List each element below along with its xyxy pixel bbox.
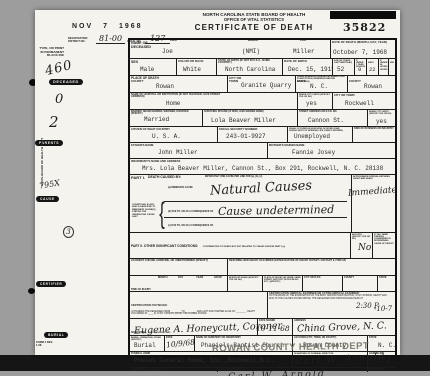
row-part1: PART I. DEATH CAUSED BY: ENTER ONLY ONE … xyxy=(130,174,395,232)
mother-label: MOTHER'S MAIDEN NAME xyxy=(269,144,394,147)
cell-burial-date: DATE 10/9/68 xyxy=(164,336,194,351)
death-city-value: Granite Quarry xyxy=(241,82,291,89)
age-days-label: DAYS xyxy=(368,62,377,64)
death-county-value: Rowan xyxy=(156,83,174,90)
citizen-label: CITIZEN OF WHAT COUNTRY xyxy=(131,128,216,131)
part1-sublabel: DEATH CAUSED BY: xyxy=(148,176,181,180)
cell-date-signed: DATE SIGNED 10-11-68 xyxy=(257,319,292,335)
injury-work-label: INJURY AT WORK (SPECIFY YES OR NO) xyxy=(229,277,261,282)
injury-city-label: CITY OR R.F.D. xyxy=(304,277,341,280)
pronounced-dead-date: -10-7 xyxy=(374,305,392,313)
cause-line-a xyxy=(164,201,347,202)
name-col-last-label: LAST xyxy=(300,40,307,43)
date-of-death-label: DATE OF DEATH (MONTH, DAY, YEAR) xyxy=(332,41,394,44)
cell-injury-state: STATE xyxy=(377,276,395,291)
interval-value: Immediate xyxy=(348,185,397,198)
injury-county-label: COUNTY xyxy=(344,277,376,280)
cell-ssn: SOCIAL SECURITY NUMBER 243-01-9927 xyxy=(217,127,287,142)
row-certification: CERTIFICATION: PHYSICIAN: I ATTENDED THE… xyxy=(130,291,395,318)
name-label: NAME OF DECEASED xyxy=(131,41,155,49)
occupation-value: Unemployed xyxy=(294,133,330,140)
state-of-birth-value: North Carolina xyxy=(225,66,275,73)
date-received-label: DATE REC'D BY LOCAL REG. xyxy=(131,369,216,371)
name-col-first-label: FIRST xyxy=(170,40,178,43)
part2-label: PART II. OTHER SIGNIFICANT CONDITIONS: xyxy=(131,244,198,248)
date-of-birth-label: DATE OF BIRTH xyxy=(284,60,331,63)
findings-label: IF YES, WERE FINDINGS CONSIDERED IN DETE… xyxy=(374,234,394,245)
part1-label: PART I. xyxy=(131,176,145,181)
certifier-stamp: CERTIFIER xyxy=(36,281,66,287)
row-name: NAME OF DECEASED FIRST MIDDLE LAST Joe (… xyxy=(130,40,395,58)
cause-line-b xyxy=(164,217,347,218)
burial-value: Burial xyxy=(134,342,156,349)
cell-registrar-signature: SIGNATURE OF REGISTRAR Carl W. Arnold xyxy=(217,368,367,372)
cell-res-city: CITY OR TOWN Rockwell xyxy=(332,93,395,109)
cell-informant: INFORMANT'S NAME AND ADDRESS Mrs. Lola B… xyxy=(130,159,395,174)
mother-value: Fannie Josey xyxy=(292,149,335,156)
office-name: OFFICE OF VITAL STATISTICS xyxy=(173,17,335,22)
cell-age-months: IF UNDER 1 YEAR MONTHS 9 xyxy=(354,59,366,75)
cemetery-state-value: N. C. xyxy=(378,342,395,349)
res-state-value: N. C. xyxy=(310,83,328,90)
injury-state-label: STATE xyxy=(379,277,394,280)
row-place-of-death: PLACE OF DEATH COUNTY Rowan CITY OR TOWN… xyxy=(130,75,395,92)
funeral-license-value: 771 xyxy=(376,356,391,365)
cell-age-min: MIN. xyxy=(388,59,395,75)
spouse-label: SURVIVING SPOUSE (IF WIFE, GIVE MAIDEN N… xyxy=(204,111,296,114)
redaction-bar xyxy=(330,11,396,19)
cell-other-conditions: PART II. OTHER SIGNIFICANT CONDITIONS: C… xyxy=(130,233,350,258)
inside-city-2-label: INSIDE CITY LIMITS (SPECIFY YES OR NO) xyxy=(369,111,394,116)
street-label: STREET ADDRESS OR R.F.D. NO. xyxy=(299,111,366,114)
injury-month-label: MONTH xyxy=(158,277,168,280)
age-label: AGE (IN YEARS LAST BIRTHDAY) xyxy=(334,60,354,65)
institution-value: Home xyxy=(166,100,180,107)
margin-handwritten-2: 2 xyxy=(49,113,59,131)
cell-injury-county: COUNTY xyxy=(342,276,377,291)
cell-res-county: COUNTY Rowan xyxy=(347,76,395,92)
cell-registrar-license: LICENSE NO. 294 xyxy=(367,368,395,372)
row-accident: ACCIDENT, SUICIDE, HOMICIDE, OR UNDETERM… xyxy=(130,258,395,275)
address-value: China Grove, N. C. xyxy=(297,320,387,334)
cell-inside-city-1: INSIDE CITY LIMITS (SPECIFY YES OR NO) y… xyxy=(297,93,332,109)
cell-race: COLOR OR RACE White xyxy=(176,59,216,75)
cell-occupation: USUAL OCCUPATION (GIVE KIND OF WORK DONE… xyxy=(287,127,352,142)
autopsy-value: No xyxy=(358,243,371,253)
funeral-license-label: LICENSE NO. xyxy=(369,353,394,356)
brace-glyph: { xyxy=(159,199,165,229)
cell-age: AGE (IN YEARS LAST BIRTHDAY) 52 xyxy=(332,59,354,75)
cell-sex: SEX Male xyxy=(130,59,176,75)
injury-day-label: DAY xyxy=(178,277,183,280)
row-personal: SEX Male COLOR OR RACE White STATE OF BI… xyxy=(130,58,395,75)
age-hours-label: HOURS xyxy=(380,69,387,71)
cell-injury-city: CITY OR R.F.D. xyxy=(302,276,342,291)
spouse-value: Lola Beaver Miller xyxy=(211,117,276,124)
informant-label: INFORMANT'S NAME AND ADDRESS xyxy=(131,160,394,163)
cell-certifier-signature: SIGNATURE (DEGREE OR TITLE) Eugene A. Ho… xyxy=(130,319,257,335)
inside-city-1-value: yes xyxy=(306,100,317,107)
row-parents: FATHER'S NAME John Miller MOTHER'S MAIDE… xyxy=(130,142,395,158)
date-of-death-value: October 7, 1968 xyxy=(333,49,387,56)
cell-injury-at-work: INJURY AT WORK (SPECIFY YES OR NO) xyxy=(227,276,262,291)
age-days-value: 22 xyxy=(369,66,376,73)
res-city-label: CITY OR TOWN xyxy=(334,94,394,97)
sex-value: Male xyxy=(140,66,154,73)
cell-cause-of-death: PART I. DEATH CAUSED BY: ENTER ONLY ONE … xyxy=(130,175,351,232)
cell-funeral-director-signature: SIGNATURE OF FUNERAL DIRECTOR Carl W. Ar… xyxy=(292,352,367,367)
autopsy-label: AUTOPSY (SPECIFY YES OR NO) xyxy=(352,234,371,241)
cell-institution: NAME OF HOSPITAL OR INSTITUTION (IF NOT … xyxy=(130,93,297,109)
margin-handwritten-3: 3 xyxy=(63,226,74,238)
cause-stamp: CAUSE xyxy=(36,196,59,202)
cell-res-state: USUAL RESIDENCE (WHERE DECEASED LIVED. I… xyxy=(295,76,347,92)
cell-funeral-home: FUNERAL HOME Powles Funeral Home, Inc.,R… xyxy=(130,352,292,367)
row-informant: INFORMANT'S NAME AND ADDRESS Mrs. Lola B… xyxy=(130,158,395,174)
cell-date-of-death: DATE OF DEATH (MONTH, DAY, YEAR) October… xyxy=(330,40,395,58)
cell-date-of-birth: DATE OF BIRTH Dec. 15, 1915 xyxy=(282,59,332,75)
cell-state-of-birth: STATE OF BIRTH (IF NOT IN U.S.A., NAME C… xyxy=(216,59,282,75)
received-date-stamp: NOV 7 1968 xyxy=(72,23,143,30)
cemetery-label: NAME OF CEMETERY OR CREMATORY xyxy=(196,337,291,340)
injury-year-label: YEAR xyxy=(196,277,203,280)
certificate-number: 35822 xyxy=(343,21,386,34)
due-to-b-label: (b) DUE TO, OR AS A CONSEQUENCE OF xyxy=(168,211,213,214)
res-city-value: Rockwell xyxy=(345,100,374,107)
street-value: Cannon St. xyxy=(308,117,344,124)
certificate-page: NOV 7 1968 REGISTRATION DISTRICT NO. 81-… xyxy=(35,10,400,355)
cell-medical-examiner-certification: CERTIFICATION: MEDICAL EXAMINER OR ACTIN… xyxy=(267,292,395,318)
injury-desc-label: DESCRIBE HOW INJURY OCCURRED (ENTER NATU… xyxy=(229,260,394,263)
cell-interval: APPROXIMATE INTERVAL BETWEEN ONSET AND D… xyxy=(351,175,395,232)
cell-mother: MOTHER'S MAIDEN NAME Fannie Josey xyxy=(267,143,395,158)
cell-name-of-deceased: NAME OF DECEASED FIRST MIDDLE LAST Joe (… xyxy=(130,40,330,58)
cell-findings: IF YES, WERE FINDINGS CONSIDERED IN DETE… xyxy=(372,233,395,258)
cell-street: STREET ADDRESS OR R.F.D. NO. Cannon St. xyxy=(297,110,367,126)
cell-death-city: CITY OR TOWN Granite Quarry xyxy=(227,76,295,92)
industry-label: KIND OF BUSINESS OR INDUSTRY xyxy=(354,128,394,131)
margin-handwritten-0: 0 xyxy=(55,92,63,107)
cell-father: FATHER'S NAME John Miller xyxy=(130,143,267,158)
due-to-c-label: (c) DUE TO, OR AS A CONSEQUENCE OF xyxy=(168,225,213,228)
age-months-value: 9 xyxy=(358,66,361,73)
name-middle-value: (NMI) xyxy=(242,48,260,55)
cemetery-state-label: STATE xyxy=(369,337,394,340)
injury-place-label: PLACE OF INJURY (AT HOME, FARM, STREET, … xyxy=(264,277,301,284)
row-injury-details: TIME OF INJURY MONTH DAY YEAR HOUR INJUR… xyxy=(130,275,395,291)
header-block: NORTH CAROLINA STATE BOARD OF HEALTH OFF… xyxy=(173,12,335,32)
res-county-value: Rowan xyxy=(364,83,382,90)
name-first-value: Joe xyxy=(162,48,173,55)
inside-city-2-value: yes xyxy=(376,118,387,125)
burial-date-value: 10/9/68 xyxy=(166,338,196,350)
ssn-label: SOCIAL SECURITY NUMBER xyxy=(219,128,286,131)
marital-value: Married xyxy=(144,116,169,123)
margin-handwritten-460: 460 xyxy=(44,58,75,79)
date-signed-label: DATE SIGNED xyxy=(259,320,291,323)
me-cert-text: ON THE BASIS OF THE EXAMINATION OF THE B… xyxy=(269,295,389,300)
cell-age-hours: IF UNDER 24 HOURS HOURS xyxy=(378,59,388,75)
cell-injury-place: PLACE OF INJURY (AT HOME, FARM, STREET, … xyxy=(262,276,302,291)
cell-injury-description: DESCRIBE HOW INJURY OCCURRED (ENTER NATU… xyxy=(227,259,395,275)
ssn-value: 243-01-9927 xyxy=(226,133,266,140)
interval-label: APPROXIMATE INTERVAL BETWEEN ONSET AND D… xyxy=(353,176,393,181)
physician-cert-text: I ATTENDED THE DECEASED FROM ________ TO… xyxy=(131,311,266,316)
immediate-cause-value: Natural Causes xyxy=(210,178,313,198)
print-instruction-note: TYPE, OR PRINT IN PERMANENT BLACK INK xyxy=(37,47,64,58)
registration-district-label: REGISTRATION DISTRICT NO. xyxy=(68,38,94,44)
immediate-cause-label: (a) IMMEDIATE CAUSE xyxy=(168,187,193,190)
age-min-label: MIN. xyxy=(390,62,394,64)
under-24h-label: IF UNDER 24 HOURS xyxy=(380,60,387,69)
deceased-stamp: DECEASED xyxy=(49,79,83,85)
cell-death-county: PLACE OF DEATH COUNTY Rowan xyxy=(130,76,227,92)
institution-label: NAME OF HOSPITAL OR INSTITUTION (IF NOT … xyxy=(131,94,221,100)
cell-burial-type: BURIAL, CREMATION, OTHER (SPECIFY) Buria… xyxy=(130,336,164,351)
cell-autopsy: AUTOPSY (SPECIFY YES OR NO) No xyxy=(350,233,372,258)
cell-industry: KIND OF BUSINESS OR INDUSTRY xyxy=(352,127,395,142)
row-registrar: DATE REC'D BY LOCAL REG. OCT 14 1968 SIG… xyxy=(130,367,395,372)
occupation-label: USUAL OCCUPATION (GIVE KIND OF WORK DONE… xyxy=(289,128,347,133)
scanned-death-certificate: NOV 7 1968 REGISTRATION DISTRICT NO. 81-… xyxy=(0,0,430,376)
registrar-license-label: LICENSE NO. xyxy=(369,369,394,372)
race-label: COLOR OR RACE xyxy=(178,60,215,63)
cell-accident: ACCIDENT, SUICIDE, HOMICIDE, OR UNDETERM… xyxy=(130,259,227,275)
row-part2: PART II. OTHER SIGNIFICANT CONDITIONS: C… xyxy=(130,232,395,258)
funeral-home-value: Powles Funeral Home, Inc.,Rockwell,N.C. xyxy=(134,357,274,364)
cell-spouse: SURVIVING SPOUSE (IF WIFE, GIVE MAIDEN N… xyxy=(202,110,297,126)
part1-note: ENTER ONLY ONE CAUSE PER LINE FOR (a), (… xyxy=(205,176,262,179)
name-last-value: Miller xyxy=(293,48,315,55)
row-marital: MARRIED, NEVER MARRIED, WIDOWED, DIVORCE… xyxy=(130,109,395,126)
marital-label: MARRIED, NEVER MARRIED, WIDOWED, DIVORCE… xyxy=(131,111,191,116)
state-of-birth-label: STATE OF BIRTH (IF NOT IN U.S.A., NAME C… xyxy=(218,60,278,66)
date-signed-value: 10-11-68 xyxy=(256,324,290,333)
cell-citizen: CITIZEN OF WHAT COUNTRY U. S. A. xyxy=(130,127,217,142)
race-value: White xyxy=(183,66,201,73)
accident-label: ACCIDENT, SUICIDE, HOMICIDE, OR UNDETERM… xyxy=(131,260,211,263)
burial-label: BURIAL, CREMATION, OTHER (SPECIFY) xyxy=(131,337,163,342)
cell-physician-certification: CERTIFICATION: PHYSICIAN: I ATTENDED THE… xyxy=(130,292,267,318)
cell-cemetery-state: STATE N. C. xyxy=(367,336,395,351)
name-col-middle-label: MIDDLE xyxy=(248,40,258,43)
inside-city-1-label: INSIDE CITY LIMITS (SPECIFY YES OR NO) xyxy=(299,94,331,99)
form-revision-note: FORM 4 REV. 1-68 xyxy=(36,342,54,348)
cell-date-received: DATE REC'D BY LOCAL REG. OCT 14 1968 xyxy=(130,368,217,372)
due-to-b-value: Cause undetermined xyxy=(218,203,334,218)
copy-designation-note: STATE BOARD OF HEALTH COPY xyxy=(41,138,44,186)
cell-injury-time: TIME OF INJURY MONTH DAY YEAR HOUR xyxy=(130,276,227,291)
sex-label: SEX xyxy=(131,60,175,64)
age-value: 52 xyxy=(337,66,344,73)
cemetery-location-label: LOCATION (CITY, TOWN, OR COUNTY) xyxy=(294,337,366,340)
row-institution: NAME OF HOSPITAL OR INSTITUTION (IF NOT … xyxy=(130,92,395,109)
row-citizen: CITIZEN OF WHAT COUNTRY U. S. A. SOCIAL … xyxy=(130,126,395,142)
hole-punch-dot xyxy=(28,288,35,294)
informant-value: Mrs. Lola Beaver Miller, Cannon St., Box… xyxy=(142,165,383,172)
date-of-birth-value: Dec. 15, 1915 xyxy=(288,66,332,73)
conditions-note: CONDITIONS, IF ANY, WHICH GAVE RISE TO I… xyxy=(132,204,159,219)
row-signature: SIGNATURE (DEGREE OR TITLE) Eugene A. Ho… xyxy=(130,318,395,335)
cell-funeral-license: LICENSE NO. 771 xyxy=(367,352,395,367)
cell-age-days: DAYS 22 xyxy=(366,59,378,75)
cell-certifier-address: ADDRESS China Grove, N. C. xyxy=(292,319,395,335)
certificate-title: CERTIFICATE OF DEATH xyxy=(173,23,335,32)
cell-inside-city-2: INSIDE CITY LIMITS (SPECIFY YES OR NO) y… xyxy=(367,110,395,126)
father-label: FATHER'S NAME xyxy=(131,144,266,147)
father-value: John Miller xyxy=(158,149,198,156)
burial-stamp: BURIAL xyxy=(44,332,68,338)
res-state-label: STATE xyxy=(297,80,306,83)
citizen-value: U. S. A. xyxy=(152,133,181,140)
certificate-form: NAME OF DECEASED FIRST MIDDLE LAST Joe (… xyxy=(128,38,397,357)
part2-note: CONTRIBUTING TO DEATH BUT NOT RELATED TO… xyxy=(203,246,285,248)
cell-marital: MARRIED, NEVER MARRIED, WIDOWED, DIVORCE… xyxy=(130,110,202,126)
registration-district-value: 81-00 xyxy=(96,34,125,44)
death-county-label: COUNTY xyxy=(131,80,226,83)
injury-hour-label: HOUR xyxy=(214,277,222,280)
physician-cert-label: CERTIFICATION: PHYSICIAN: xyxy=(131,304,167,307)
